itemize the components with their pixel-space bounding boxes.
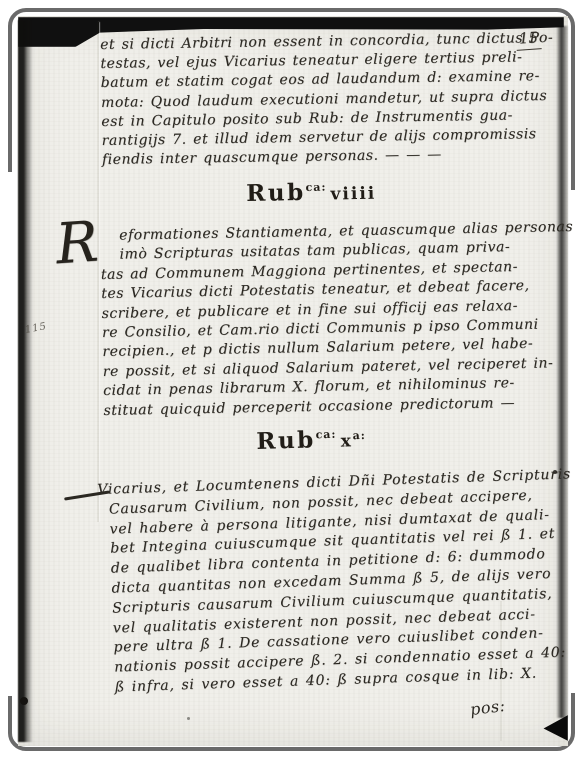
decorated-initial-R: R xyxy=(54,215,100,274)
manuscript-scan: 15 115 et si dicti Arbitri non essent in… xyxy=(18,16,568,746)
paragraph-reformationes: eformationes Stantiamenta, et quascumque… xyxy=(100,218,577,421)
scanned-page-viewer: 15 115 et si dicti Arbitri non essent in… xyxy=(0,0,584,760)
paragraph-vicarius: Vicarius, et Locumtenens dicti Dñi Potes… xyxy=(97,465,578,698)
page-curl-shadow xyxy=(542,714,568,742)
binding-shadow xyxy=(18,20,33,742)
ink-speck xyxy=(187,717,190,720)
rubric-abbreviation: ca: xyxy=(315,428,336,442)
rubric-heading-x: Rubca:xa: xyxy=(256,425,366,455)
rubric-word: Rub xyxy=(256,426,316,455)
paragraph-arbitri: et si dicti Arbitri non essent in concor… xyxy=(100,29,555,171)
rubric-word: Rub xyxy=(246,179,306,207)
frame-side-gap-left xyxy=(3,172,16,696)
rubric-abbreviation: ca: xyxy=(305,181,326,194)
rubric-abbreviation: a: xyxy=(353,429,367,442)
ink-blot xyxy=(20,697,28,705)
rubric-numeral: viiii xyxy=(330,184,376,205)
rubric-heading-viiii: Rubca:viiii xyxy=(246,178,376,207)
